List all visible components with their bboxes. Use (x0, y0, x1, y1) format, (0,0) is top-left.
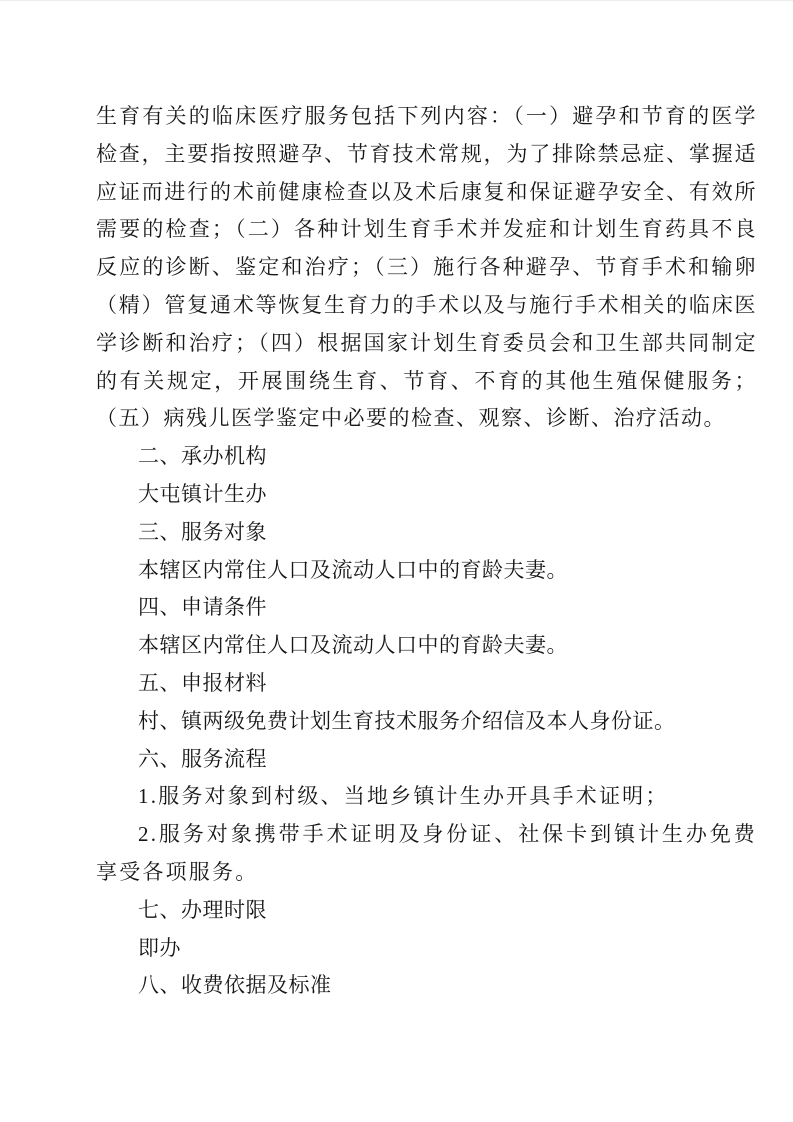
heading-section-3-service-target: 三、服务对象 (96, 514, 757, 552)
text-agency-name: 大屯镇计生办 (96, 476, 757, 514)
text-time-limit: 即办 (96, 930, 757, 968)
paragraph-clinical-services: 生育有关的临床医疗服务包括下列内容：（一）避孕和节育的医学检查，主要指按照避孕、… (96, 98, 757, 438)
text-application-materials: 村、镇两级免费计划生育技术服务介绍信及本人身份证。 (96, 703, 757, 741)
heading-section-4-application-conditions: 四、申请条件 (96, 589, 757, 627)
list-item-step-1: 1.服务对象到村级、当地乡镇计生办开具手术证明； (96, 778, 757, 816)
heading-section-2-agency: 二、承办机构 (96, 438, 757, 476)
text-service-target: 本辖区内常住人口及流动人口中的育龄夫妻。 (96, 552, 757, 590)
document-page: 生育有关的临床医疗服务包括下列内容：（一）避孕和节育的医学检查，主要指按照避孕、… (0, 0, 793, 1122)
text-application-conditions: 本辖区内常住人口及流动人口中的育龄夫妻。 (96, 627, 757, 665)
list-item-step-2: 2.服务对象携带手术证明及身份证、社保卡到镇计生办免费享受各项服务。 (96, 816, 757, 892)
heading-section-7-time-limit: 七、办理时限 (96, 892, 757, 930)
heading-section-8-fee-standard: 八、收费依据及标准 (96, 967, 757, 1005)
heading-section-5-application-materials: 五、申报材料 (96, 665, 757, 703)
heading-section-6-service-process: 六、服务流程 (96, 741, 757, 779)
